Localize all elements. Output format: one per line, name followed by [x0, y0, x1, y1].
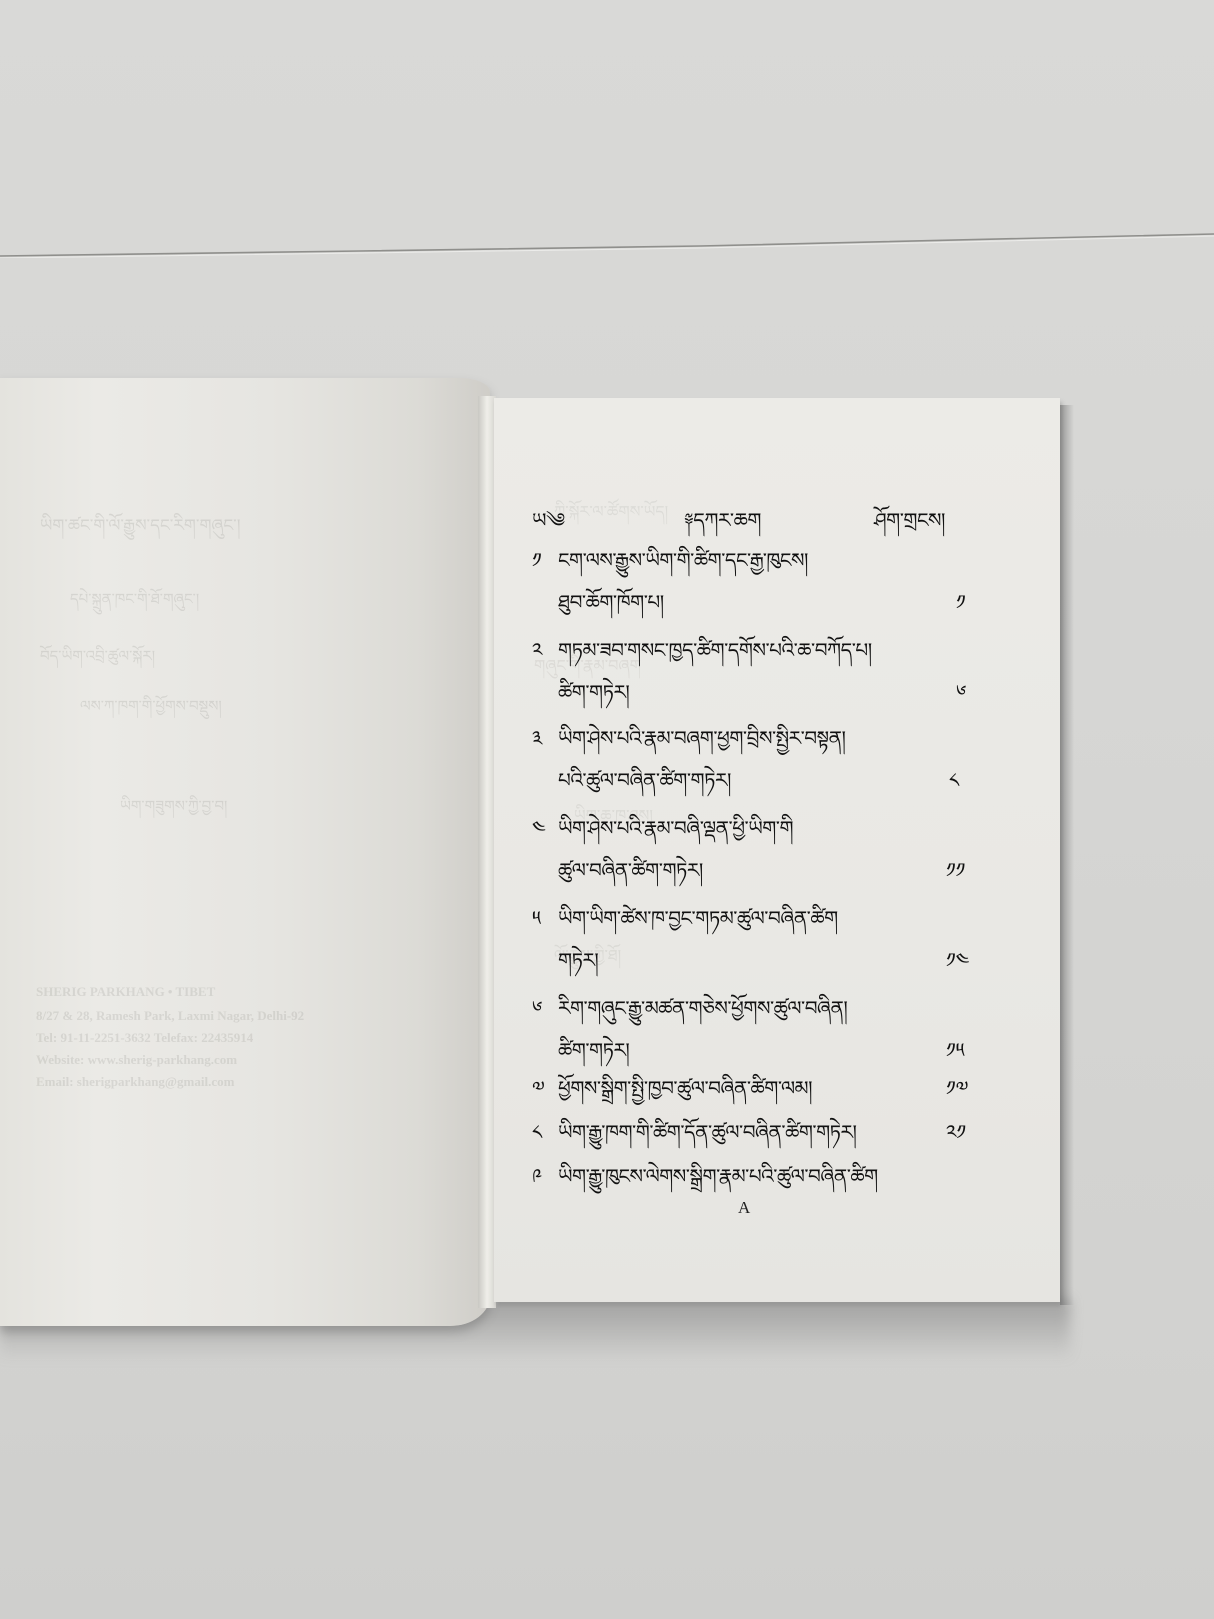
imprint-line: 8/27 & 28, Ramesh Park, Laxmi Nagar, Del…	[36, 1008, 304, 1024]
entry-page: ༦	[956, 670, 966, 726]
entry-number: ༥	[532, 896, 541, 952]
right-page: ཀྱི་སྐོར་ལ་ཚོགས་ཡོད། གཞུང་གི་རྣམ་བཞག ཡིག…	[494, 398, 1060, 1302]
page-edge-shadow	[1060, 405, 1074, 1305]
entry-number: ༤	[532, 806, 546, 862]
entry-number: ༩	[532, 1154, 542, 1210]
toc-page-column-header: ཤོག་གྲངས།	[874, 498, 945, 554]
bleed-line: ཡིག་ཚང་གི་ལོ་རྒྱུས་དང་རིག་གཞུང་།	[40, 506, 240, 554]
entry-number: ༡	[532, 538, 542, 594]
entry-number: ༢	[532, 628, 542, 684]
imprint-line: Email: sherigparkhang@gmail.com	[36, 1074, 234, 1090]
bleed-line: ཡིག་གཟུགས་ཀྱི་བྱ་བ།	[120, 790, 227, 832]
entry-page: ༡༤	[946, 938, 969, 994]
bleed-line: ལས་ཀ་ཁག་གི་ཕྱོགས་བསྡུས།	[80, 690, 222, 732]
entry-page: ༨	[949, 758, 959, 814]
left-page: ཡིག་ཚང་གི་ལོ་རྒྱུས་དང་རིག་གཞུང་། དཔེ་སྐྲ…	[0, 378, 490, 1326]
bleed-line: བོད་ཡིག་འབྲི་ཚུལ་སྐོར།	[40, 640, 155, 682]
surface-crease	[0, 232, 1214, 258]
entry-page: ༡༡	[946, 848, 965, 904]
imprint-line: SHERIG PARKHANG • TIBET	[36, 984, 215, 1000]
imprint-line: Website: www.sherig-parkhang.com	[36, 1052, 237, 1068]
imprint-line: Tel: 91-11-2251-3632 Telefax: 22435914	[36, 1030, 253, 1046]
entry-number: ༣	[532, 716, 542, 772]
photo-scene: ཡིག་ཚང་གི་ལོ་རྒྱུས་དང་རིག་གཞུང་། དཔེ་སྐྲ…	[0, 0, 1214, 1619]
page-folio: A	[738, 1198, 750, 1218]
entry-number: ༦	[532, 986, 542, 1042]
entry-page: ༢༡	[946, 1110, 966, 1166]
entry-page: ༡	[956, 580, 966, 636]
entry-text: ཡིག་རྒྱུ་ཁུངས་ལེགས་སྒྲིག་རྣམ་པའི་ཚུལ་བཞི…	[558, 1154, 878, 1210]
bleed-line: དཔེ་སྐྲུན་ཁང་གི་ཐོ་གཞུང་།	[70, 583, 199, 625]
entry-text: ཡིག་ཡིག་ཚེས་ཁ་བྱང་གཏམ་ཚུལ་བཞིན་ཚིག	[558, 896, 838, 952]
table-of-contents: ཡ༄ ༈དཀར་ཆག ཤོག་གྲངས། ༡ ངག་ལས་རྒྱུས་ཡིག་ག…	[494, 398, 1060, 1302]
